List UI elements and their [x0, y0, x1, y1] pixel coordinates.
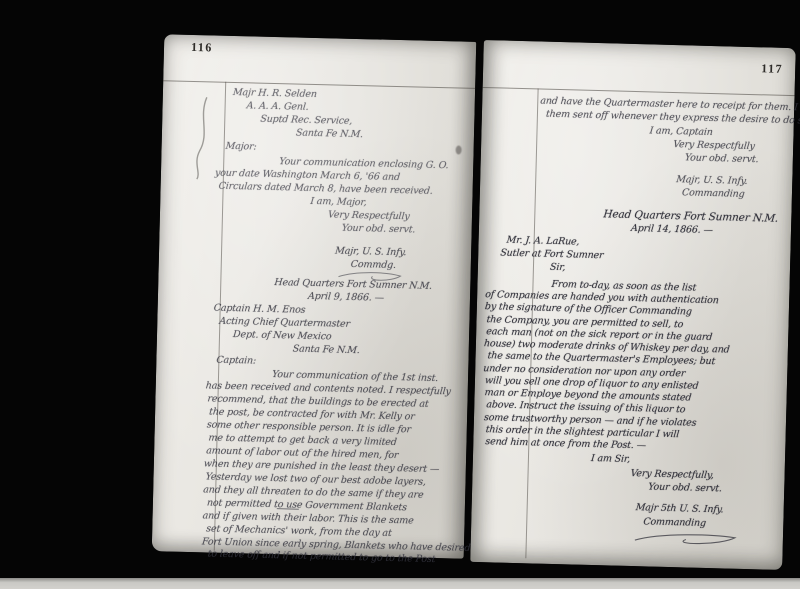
handwritten-line: them sent off whenever they express the …	[545, 109, 800, 127]
handwritten-line: Your communication enclosing G. O.	[279, 156, 449, 171]
handwritten-line: and they all threaten to do the same if …	[203, 484, 424, 500]
handwritten-line: A. A. A. Genl.	[246, 100, 309, 112]
handwritten-line: recommend, that the buildings to be erec…	[207, 393, 429, 409]
handwritten-line: Fort Union since early spring, Blankets …	[201, 536, 470, 554]
letter3-salutation: Sir,	[470, 40, 796, 570]
handwritten-line: me to attempt to get back a very limited	[208, 432, 397, 448]
handwritten-line: house) two moderate drinks of Whiskey pe…	[483, 338, 730, 355]
letter3-signature: Majr 5th U. S. Infy.Commanding	[470, 40, 796, 570]
handwritten-line: I am, Major,	[310, 196, 367, 208]
handwritten-line: I am, Captain	[649, 125, 713, 138]
margin-rule	[525, 88, 538, 558]
handwritten-line: Your communication of the 1st inst.	[272, 369, 439, 384]
handwritten-line: man or Employe beyond the amounts stated	[484, 387, 692, 403]
handwritten-line: Majr, U. S. Infy.	[335, 246, 407, 259]
handwritten-line: this order in the slightest particular I…	[485, 424, 680, 440]
pencil-mark	[189, 93, 221, 184]
handwritten-line: Captain H. M. Enos	[213, 303, 306, 316]
handwritten-line: Santa Fe N.M.	[295, 128, 363, 141]
handwritten-line: each man (not on the sick report or in t…	[486, 326, 713, 343]
letter2-continued-signature: Majr, U. S. Infy.Commanding	[470, 40, 796, 570]
handwritten-line: and if given with their labor. This is t…	[202, 510, 414, 526]
handwritten-line: the same to the Quartermaster's Employee…	[487, 350, 716, 367]
handwritten-line: set of Mechanics' work, from the day at	[206, 523, 392, 539]
handwritten-line: Mr. J. A. LaRue,	[506, 235, 580, 248]
handwritten-line: Circulars dated March 8, have been recei…	[218, 181, 433, 197]
letter3-heading: Head Quarters Fort Sumner N.M.April 14, …	[470, 40, 796, 570]
handwritten-line: Very Respectfully	[327, 209, 410, 222]
scanned-letterbook: 116 Majr H. R. SeldenA. A. A. Genl.Suptd…	[0, 0, 800, 589]
signature-flourish	[631, 530, 741, 549]
header-rule	[483, 87, 795, 96]
letter3-body: From to-day, as soon as the listof Compa…	[470, 40, 796, 570]
handwritten-line: Very Respectfully	[673, 139, 756, 152]
handwritten-line: some trustworthy person — and if he viol…	[483, 412, 696, 429]
letter2-continued-body: and have the Quartermaster here to recei…	[470, 40, 796, 570]
handwritten-line: Captain:	[216, 355, 257, 367]
underline-mark	[277, 508, 299, 510]
handwritten-line: send him at once from the Post. —	[485, 436, 647, 451]
page-117: 117 and have the Quartermaster here to r…	[470, 40, 796, 570]
handwritten-line: Majr 5th U. S. Infy.	[635, 502, 724, 515]
handwritten-line: Suptd Rec. Service,	[260, 114, 353, 127]
ink-blot	[456, 145, 462, 154]
handwritten-line: From to-day, as soon as the list	[551, 279, 697, 294]
handwritten-line: by the signature of the Officer Commandi…	[484, 301, 692, 317]
handwritten-line: Your obd. servt.	[341, 223, 416, 236]
scan-bottom-edge	[0, 578, 800, 589]
handwritten-line: some other responsible person. It is idl…	[206, 419, 411, 435]
handwritten-line: will you sell one drop of liquor to any …	[484, 375, 699, 392]
handwritten-line: Commanding	[681, 187, 745, 200]
handwritten-line: Commanding	[643, 516, 707, 529]
handwritten-line: Head Quarters Fort Sumner N.M.	[603, 209, 779, 225]
folio-number-left: 116	[191, 40, 213, 56]
handwritten-line: Dept. of New Mexico	[233, 329, 332, 342]
handwritten-line: Your obd. servt.	[648, 481, 723, 494]
handwritten-line: the post, be contracted for with Mr. Kel…	[209, 406, 415, 422]
handwritten-line: Yesterday we lost two of our best adobe …	[205, 471, 426, 487]
letter3-address: Mr. J. A. LaRue,Sutler at Fort Sumner	[470, 40, 796, 570]
handwritten-line: Very Respectfully,	[630, 468, 714, 481]
handwritten-line: of Companies are handed you with authent…	[485, 289, 720, 306]
handwritten-line: Majr, U. S. Infy.	[676, 174, 748, 187]
handwritten-line: Major:	[225, 141, 257, 153]
handwritten-line: I am Sir,	[590, 453, 630, 465]
handwritten-line: April 14, 1866. —	[630, 223, 713, 236]
handwritten-line: to leave off and if not permitted to go …	[207, 548, 436, 565]
handwritten-line: April 9, 1866. —	[307, 291, 384, 304]
handwritten-line: Sir,	[549, 262, 566, 273]
header-rule	[163, 80, 475, 89]
handwritten-line: not permitted to use Government Blankets	[206, 497, 407, 513]
handwritten-line: your date Washington March 6, '66 and	[214, 168, 400, 183]
handwritten-line: above. Instruct the issuing of this liqu…	[486, 399, 686, 415]
letter2-continued-closing: I am, CaptainVery RespectfullyYour obd. …	[470, 40, 796, 570]
handwritten-line: Acting Chief Quartermaster	[219, 316, 351, 330]
handwritten-line: Sutler at Fort Sumner	[500, 248, 604, 262]
handwritten-line: and have the Quartermaster here to recei…	[540, 96, 800, 114]
handwritten-line: the Company, you are permitted to sell, …	[486, 314, 684, 330]
folio-number-right: 117	[761, 61, 783, 77]
handwritten-line: when they are punished in the least they…	[203, 458, 439, 475]
handwritten-line: Majr H. R. Selden	[232, 87, 317, 100]
handwritten-line: Santa Fe N.M.	[292, 344, 360, 357]
handwritten-line: amount of labor out of the hired men, fo…	[206, 445, 399, 461]
handwritten-line: has been received and contents noted. I …	[205, 380, 451, 397]
signature-flourish	[336, 269, 406, 285]
handwritten-line: Your obd. servt.	[684, 152, 759, 165]
page-116: 116 Majr H. R. SeldenA. A. A. Genl.Suptd…	[152, 34, 477, 558]
handwritten-line: under no consideration nor upon any orde…	[483, 363, 686, 379]
letter3-closing: I am Sir,Very Respectfully,Your obd. ser…	[470, 40, 796, 570]
